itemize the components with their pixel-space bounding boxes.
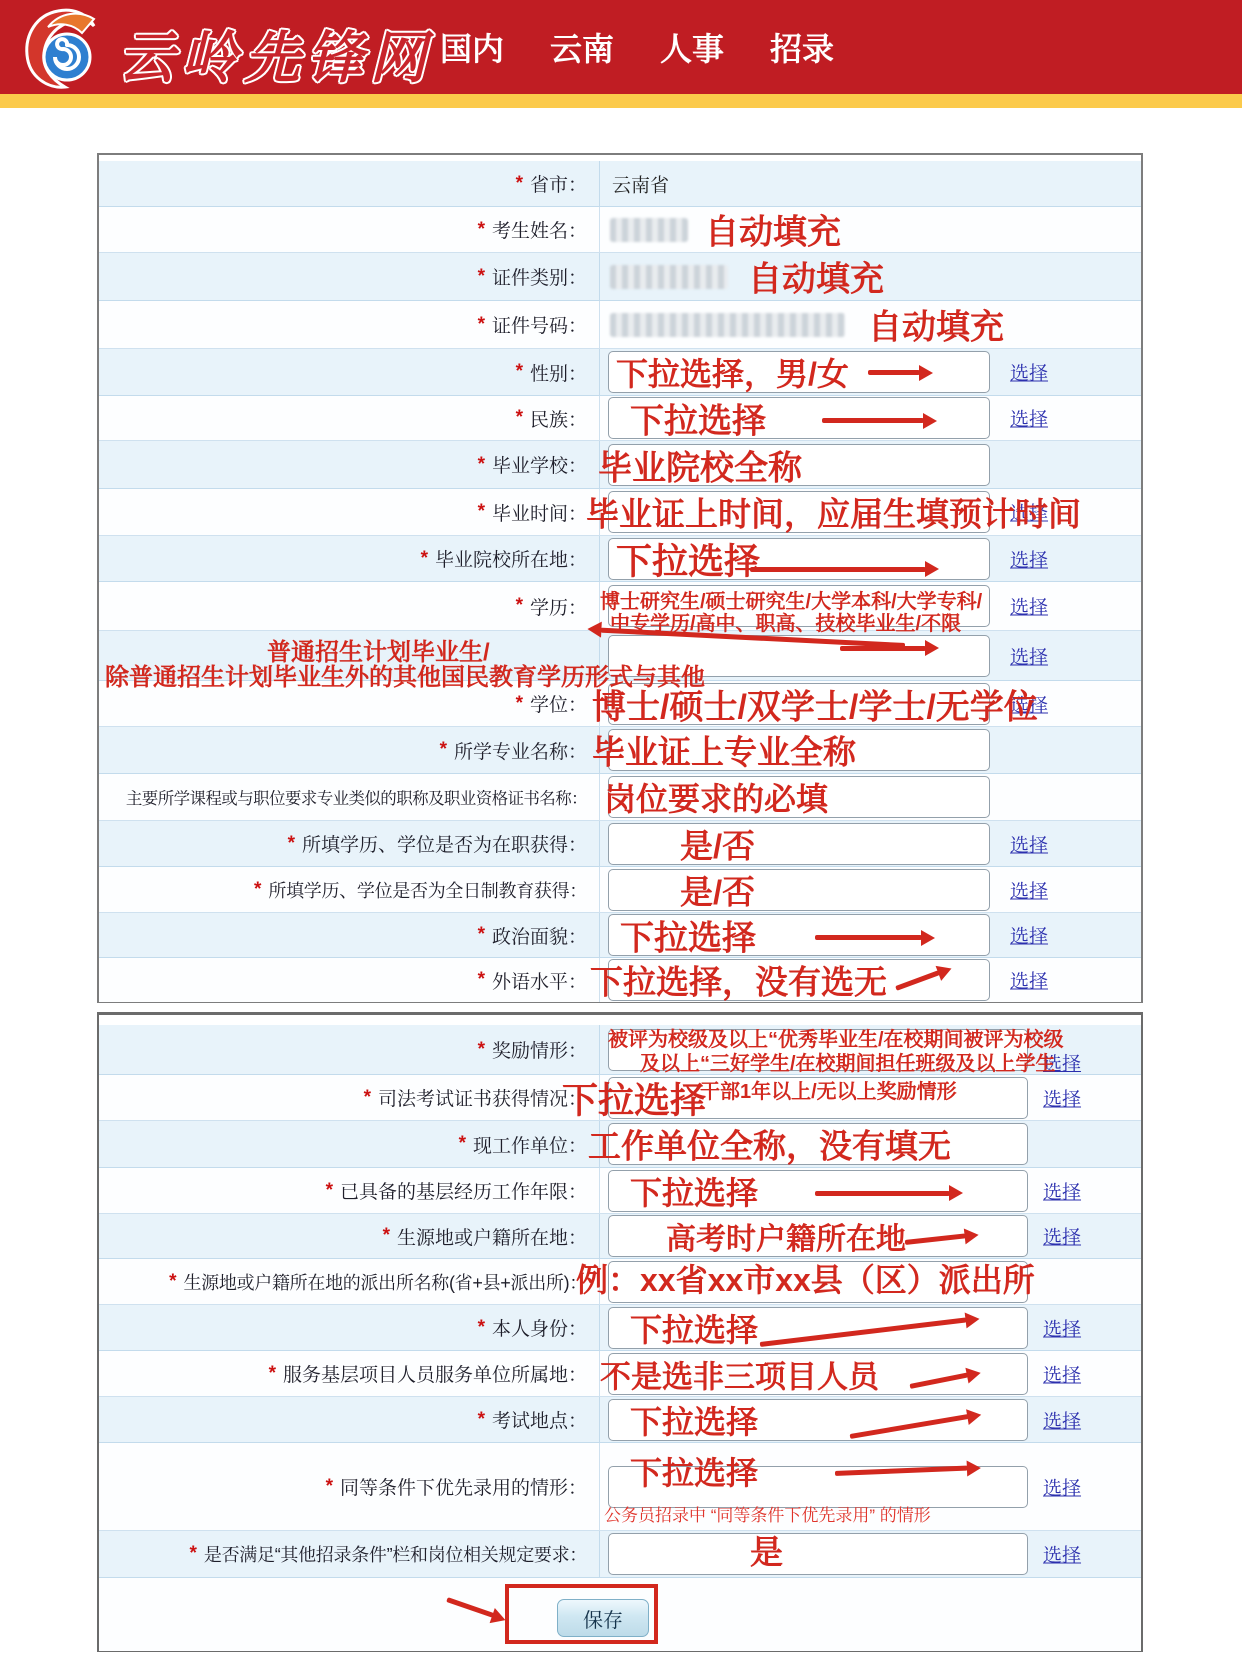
select-link[interactable]: 选择: [1043, 1314, 1081, 1341]
row-label-cell: *所学专业名称：: [99, 727, 600, 773]
row-label: 省市：: [530, 170, 587, 197]
row-label-cell: 普通招生计划毕业生/除普通招生计划毕业生外的其他国民教育学历形式与其他: [99, 631, 600, 680]
annotation-arrow: [815, 935, 922, 940]
field-value: 云南省: [612, 170, 669, 197]
form-row: *民族：下拉选择选择: [99, 396, 1141, 441]
form-row: *奖励情形：被评为校级及以上“优秀毕业生/在校期间被评为校级及以上“三好学生/在…: [99, 1025, 1141, 1075]
select-link[interactable]: 选择: [1010, 967, 1048, 994]
site-logo-title: 云岭先锋网: [118, 14, 433, 94]
select-link[interactable]: 选择: [1010, 922, 1048, 949]
required-asterisk: *: [269, 1363, 276, 1385]
select-link[interactable]: 选择: [1043, 1406, 1081, 1433]
select-link[interactable]: 选择: [1010, 642, 1048, 669]
row-label-cell: *同等条件下优先录用的情形：: [99, 1443, 600, 1530]
row-field-cell: 工作单位全称，没有填无: [600, 1121, 1141, 1167]
annotation-arrow: [815, 1191, 950, 1196]
annotation-arrow: [750, 567, 926, 572]
row-field-cell: 下拉选择，男/女选择: [600, 349, 1141, 395]
form-row: *考生姓名：自动填充: [99, 207, 1141, 253]
row-label: 现工作单位：: [473, 1131, 587, 1158]
nav-item-2[interactable]: 人事: [660, 24, 724, 70]
annotation-red-text: 例：xx省xx市xx县（区）派出所: [576, 1255, 1035, 1301]
row-label-cell: *证件类别：: [99, 253, 600, 300]
masked-personal-value: [610, 313, 845, 337]
row-field-cell: 博士/硕士/双学士/学士/无学位选择: [600, 681, 1141, 726]
required-asterisk: *: [254, 879, 261, 901]
required-asterisk: *: [478, 924, 485, 946]
required-asterisk: *: [459, 1133, 466, 1155]
form-row: *外语水平：下拉选择，没有选无选择: [99, 958, 1141, 1002]
form-row: *性别：下拉选择，男/女选择: [99, 349, 1141, 396]
annotation-red-text: 下拉选择: [630, 1397, 758, 1443]
row-label: 毕业学校：: [492, 451, 587, 478]
row-label-cell: *奖励情形：: [99, 1025, 600, 1074]
annotation-arrow: [868, 370, 920, 375]
row-label: 政治面貌：: [492, 922, 587, 949]
row-label-cell: *本人身份：: [99, 1305, 600, 1350]
row-label: 学位：: [530, 690, 587, 717]
row-label: 是否满足“其他招录条件”栏和岗位相关规定要求：: [204, 1541, 587, 1567]
form-row: *现工作单位：工作单位全称，没有填无: [99, 1121, 1141, 1168]
row-label-cell: *外语水平：: [99, 958, 600, 1002]
row-label: 学历：: [530, 593, 587, 620]
row-label: 司法考试证书获得情况：: [378, 1084, 587, 1111]
row-label: 所填学历、学位是否为在职获得：: [302, 830, 587, 857]
annotation-arrow: [840, 646, 926, 651]
row-label: 毕业时间：: [492, 499, 587, 526]
form-row: *同等条件下优先录用的情形：下拉选择选择公务员招录中 “同等条件下优先录用” 的…: [99, 1443, 1141, 1531]
required-asterisk: *: [478, 266, 485, 288]
required-asterisk: *: [478, 314, 485, 336]
row-label: 民族：: [530, 405, 587, 432]
row-field-cell: 不是选非三项目人员选择: [600, 1351, 1141, 1396]
row-label-cell: *已具备的基层经历工作年限：: [99, 1168, 600, 1213]
select-link[interactable]: 选择: [1043, 1541, 1081, 1568]
annotation-arrow: [446, 1597, 494, 1618]
row-field-cell: 是/否选择: [600, 821, 1141, 866]
select-link[interactable]: 选择: [1010, 830, 1048, 857]
annotation-red-text: 是: [750, 1527, 783, 1574]
form-panel-extra-info: *奖励情形：被评为校级及以上“优秀毕业生/在校期间被评为校级及以上“三好学生/在…: [97, 1012, 1143, 1652]
row-field-cell: 博士研究生/硕士研究生/大学本科/大学专科/中专学历/高中、职高、技校毕业生/不…: [600, 582, 1141, 630]
required-asterisk: *: [478, 501, 485, 523]
row-field-cell: 下拉选择选择: [600, 1168, 1141, 1213]
row-label: 考生姓名：: [492, 216, 587, 243]
select-link[interactable]: 选择: [1010, 593, 1048, 620]
row-label: 服务基层项目人员服务单位所属地：: [283, 1360, 587, 1387]
annotation-red-text: 下拉选择: [616, 533, 760, 584]
top-nav: 国内云南人事招录: [440, 0, 834, 94]
annotation-red-text: 下拉选择，男/女: [616, 349, 849, 395]
nav-item-0[interactable]: 国内: [440, 24, 504, 70]
form-row: 主要所学课程或与职位要求专业类似的职称及职业资格证书名称：岗位要求的必填: [99, 774, 1141, 821]
row-label: 证件类别：: [492, 263, 587, 290]
row-field-cell: 被评为校级及以上“优秀毕业生/在校期间被评为校级及以上“三好学生/在校期间担任班…: [600, 1025, 1141, 1074]
field-hint-note: 公务员招录中 “同等条件下优先录用” 的情形: [604, 1501, 931, 1526]
required-asterisk: *: [516, 595, 523, 617]
form-row: *司法考试证书获得情况：下拉选择选择: [99, 1075, 1141, 1121]
select-link[interactable]: 选择: [1010, 876, 1048, 903]
row-label: 所填学历、学位是否为全日制教育获得：: [268, 877, 587, 903]
row-label: 生源地或户籍所在地：: [397, 1223, 587, 1250]
form-row: *生源地或户籍所在地的派出所名称(省+县+派出所)：例：xx省xx市xx县（区）…: [99, 1259, 1141, 1305]
select-link[interactable]: 选择: [1043, 1223, 1081, 1250]
annotation-red-text: 是/否: [680, 820, 755, 867]
nav-item-1[interactable]: 云南: [550, 24, 614, 70]
annotation-red-text: 博士/硕士/双学士/学士/无学位: [592, 679, 1038, 728]
row-field-cell: 下拉选择，没有选无选择: [600, 958, 1141, 1002]
required-asterisk: *: [516, 407, 523, 429]
row-field-cell: 高考时户籍所在地选择: [600, 1214, 1141, 1258]
row-label-cell: *考生姓名：: [99, 207, 600, 252]
text-input[interactable]: [608, 823, 990, 865]
row-label-cell: *现工作单位：: [99, 1121, 600, 1167]
auto-fill-annotation: 自动填充: [748, 251, 884, 300]
nav-item-3[interactable]: 招录: [770, 24, 834, 70]
required-asterisk: *: [516, 693, 523, 715]
form-row: *生源地或户籍所在地：高考时户籍所在地选择: [99, 1214, 1141, 1259]
row-label: 毕业院校所在地：: [435, 545, 587, 572]
annotation-red-text: 是/否: [680, 866, 755, 913]
text-input[interactable]: [608, 1533, 1028, 1575]
row-label-cell: *性别：: [99, 349, 600, 395]
row-label-cell: *民族：: [99, 396, 600, 440]
required-asterisk: *: [383, 1225, 390, 1247]
row-label-cell: *司法考试证书获得情况：: [99, 1075, 600, 1120]
yunling-pioneer-logo-icon[interactable]: [20, 5, 108, 91]
row-label-cell: *证件号码：: [99, 301, 600, 348]
form-row: *毕业学校：毕业院校全称: [99, 441, 1141, 489]
row-label-cell: *学历：: [99, 582, 600, 630]
save-row-container: 保存: [99, 1578, 1141, 1651]
row-field-cell: 自动填充: [600, 207, 1141, 252]
required-asterisk: *: [288, 833, 295, 855]
required-asterisk: *: [516, 361, 523, 383]
form-row: *政治面貌：下拉选择选择: [99, 913, 1141, 958]
auto-fill-annotation: 自动填充: [868, 299, 1004, 348]
row-label-cell: *省市：: [99, 161, 600, 206]
site-header: 云岭先锋网 国内云南人事招录: [0, 0, 1242, 94]
required-asterisk: *: [478, 1409, 485, 1431]
row-field-cell: 下拉选择选择公务员招录中 “同等条件下优先录用” 的情形: [600, 1443, 1141, 1530]
row-field-cell: 例：xx省xx市xx县（区）派出所: [600, 1259, 1141, 1304]
required-asterisk: *: [440, 739, 447, 761]
row-field-cell: 毕业证上时间，应届生填预计时间选择: [600, 489, 1141, 535]
form-row: 普通招生计划毕业生/除普通招生计划毕业生外的其他国民教育学历形式与其他选择: [99, 631, 1141, 681]
annotation-red-text: 毕业院校全称: [598, 440, 802, 489]
annotation-red-text: 高考时户籍所在地: [666, 1214, 906, 1258]
required-asterisk: *: [478, 969, 485, 991]
form-row: *证件类别：自动填充: [99, 253, 1141, 301]
masked-personal-value: [610, 265, 728, 289]
annotation-red-text: 下拉选择: [630, 1448, 758, 1494]
row-label: 所学专业名称：: [454, 737, 587, 764]
row-field-cell: 毕业院校全称: [600, 441, 1141, 488]
select-link[interactable]: 选择: [1043, 1084, 1081, 1111]
row-label-cell: *毕业学校：: [99, 441, 600, 488]
row-label: 外语水平：: [492, 967, 587, 994]
row-field-cell: 自动填充: [600, 301, 1141, 348]
annotation-red-text: 下拉选择: [562, 1072, 706, 1123]
row-label: 本人身份：: [492, 1314, 587, 1341]
auto-fill-annotation: 自动填充: [705, 204, 841, 253]
required-asterisk: *: [478, 1317, 485, 1339]
form-row: *是否满足“其他招录条件”栏和岗位相关规定要求：是选择: [99, 1531, 1141, 1578]
row-label-cell: *所填学历、学位是否为全日制教育获得：: [99, 867, 600, 912]
row-label: 考试地点：: [492, 1406, 587, 1433]
row-label-cell: *政治面貌：: [99, 913, 600, 957]
form-row: *所填学历、学位是否为在职获得：是/否选择: [99, 821, 1141, 867]
required-asterisk: *: [190, 1543, 197, 1565]
row-field-cell: 下拉选择选择: [600, 913, 1141, 957]
row-field-cell: 毕业证上专业全称: [600, 727, 1141, 773]
annotation-red-text: 毕业证上时间，应届生填预计时间: [586, 489, 1081, 536]
required-asterisk: *: [364, 1087, 371, 1109]
annotation-red-text: 下拉选择: [630, 394, 766, 443]
form-row: *省市：云南省: [99, 161, 1141, 207]
required-asterisk: *: [326, 1476, 333, 1498]
annotation-red-text: 下拉选择: [620, 911, 756, 960]
required-asterisk: *: [516, 173, 523, 195]
form-row: *所学专业名称：毕业证上专业全称: [99, 727, 1141, 774]
row-label-cell: *毕业院校所在地：: [99, 536, 600, 581]
row-field-cell: 下拉选择选择: [600, 1397, 1141, 1442]
select-link[interactable]: 选择: [1010, 405, 1048, 432]
masked-personal-value: [610, 218, 688, 242]
row-label-cell: *毕业时间：: [99, 489, 600, 535]
save-highlight-box: [505, 1584, 658, 1644]
annotation-red-text: 毕业证上专业全称: [592, 727, 856, 774]
row-field-cell: 是选择: [600, 1531, 1141, 1577]
annotation-red-text: 工作单位全称，没有填无: [588, 1121, 951, 1168]
annotation-red-text: 下拉选择: [630, 1168, 758, 1214]
row-label-cell: *生源地或户籍所在地的派出所名称(省+县+派出所)：: [99, 1259, 600, 1304]
select-link[interactable]: 选择: [1043, 1177, 1081, 1204]
required-asterisk: *: [326, 1180, 333, 1202]
header-accent-stripe: [0, 94, 1242, 108]
required-asterisk: *: [478, 1039, 485, 1061]
required-asterisk: *: [478, 454, 485, 476]
annotation-red-text: 不是选非三项目人员: [600, 1351, 879, 1396]
select-link[interactable]: 选择: [1010, 359, 1048, 386]
row-label: 奖励情形：: [492, 1036, 587, 1063]
form-row: *毕业时间：毕业证上时间，应届生填预计时间选择: [99, 489, 1141, 536]
row-label-cell: 主要所学课程或与职位要求专业类似的职称及职业资格证书名称：: [99, 774, 600, 820]
text-input[interactable]: [608, 869, 990, 911]
select-link[interactable]: 选择: [1043, 1473, 1081, 1500]
form-row: *毕业院校所在地：下拉选择选择: [99, 536, 1141, 582]
row-label: 证件号码：: [492, 311, 587, 338]
form-row: *所填学历、学位是否为全日制教育获得：是/否选择: [99, 867, 1141, 913]
annotation-red-text: 干部1年以上/无以上奖励情形: [700, 1075, 957, 1104]
annotation-red-text: 岗位要求的必填: [604, 774, 828, 820]
row-field-cell: 云南省: [600, 161, 1141, 206]
required-asterisk: *: [478, 219, 485, 241]
row-field-cell: 下拉选择选择: [600, 536, 1141, 581]
annotation-red-text: 下拉选择: [630, 1305, 758, 1351]
row-field-cell: 下拉选择选择: [600, 396, 1141, 440]
row-label: 同等条件下优先录用的情形：: [340, 1473, 587, 1500]
annotation-arrow: [822, 418, 924, 423]
row-label: 性别：: [530, 359, 587, 386]
row-field-cell: 是/否选择: [600, 867, 1141, 912]
row-field-cell: 岗位要求的必填: [600, 774, 1141, 820]
form-row: *本人身份：下拉选择选择: [99, 1305, 1141, 1351]
form-row: *学历：博士研究生/硕士研究生/大学本科/大学专科/中专学历/高中、职高、技校毕…: [99, 582, 1141, 631]
row-field-cell: 自动填充: [600, 253, 1141, 300]
form-row: *证件号码：自动填充: [99, 301, 1141, 349]
row-label: 已具备的基层经历工作年限：: [340, 1177, 587, 1204]
required-asterisk: *: [169, 1271, 176, 1293]
form-row: *服务基层项目人员服务单位所属地：不是选非三项目人员选择: [99, 1351, 1141, 1397]
row-label-cell: *所填学历、学位是否为在职获得：: [99, 821, 600, 866]
row-field-cell: 下拉选择选择: [600, 1305, 1141, 1350]
form-row: *已具备的基层经历工作年限：下拉选择选择: [99, 1168, 1141, 1214]
row-label-cell: *考试地点：: [99, 1397, 600, 1442]
row-label: 主要所学课程或与职位要求专业类似的职称及职业资格证书名称：: [126, 785, 587, 809]
form-panel-basic-info: *省市：云南省*考生姓名：自动填充*证件类别：自动填充*证件号码：自动填充*性别…: [97, 153, 1143, 1003]
row-label-cell: *服务基层项目人员服务单位所属地：: [99, 1351, 600, 1396]
required-asterisk: *: [421, 548, 428, 570]
row-label-cell: *是否满足“其他招录条件”栏和岗位相关规定要求：: [99, 1531, 600, 1577]
row-label-cell: *生源地或户籍所在地：: [99, 1214, 600, 1258]
select-link[interactable]: 选择: [1043, 1360, 1081, 1387]
select-link[interactable]: 选择: [1010, 545, 1048, 572]
annotation-red-text: 下拉选择，没有选无: [590, 957, 887, 1004]
row-label: 生源地或户籍所在地的派出所名称(省+县+派出所)：: [183, 1269, 587, 1295]
form-row: *考试地点：下拉选择选择: [99, 1397, 1141, 1443]
